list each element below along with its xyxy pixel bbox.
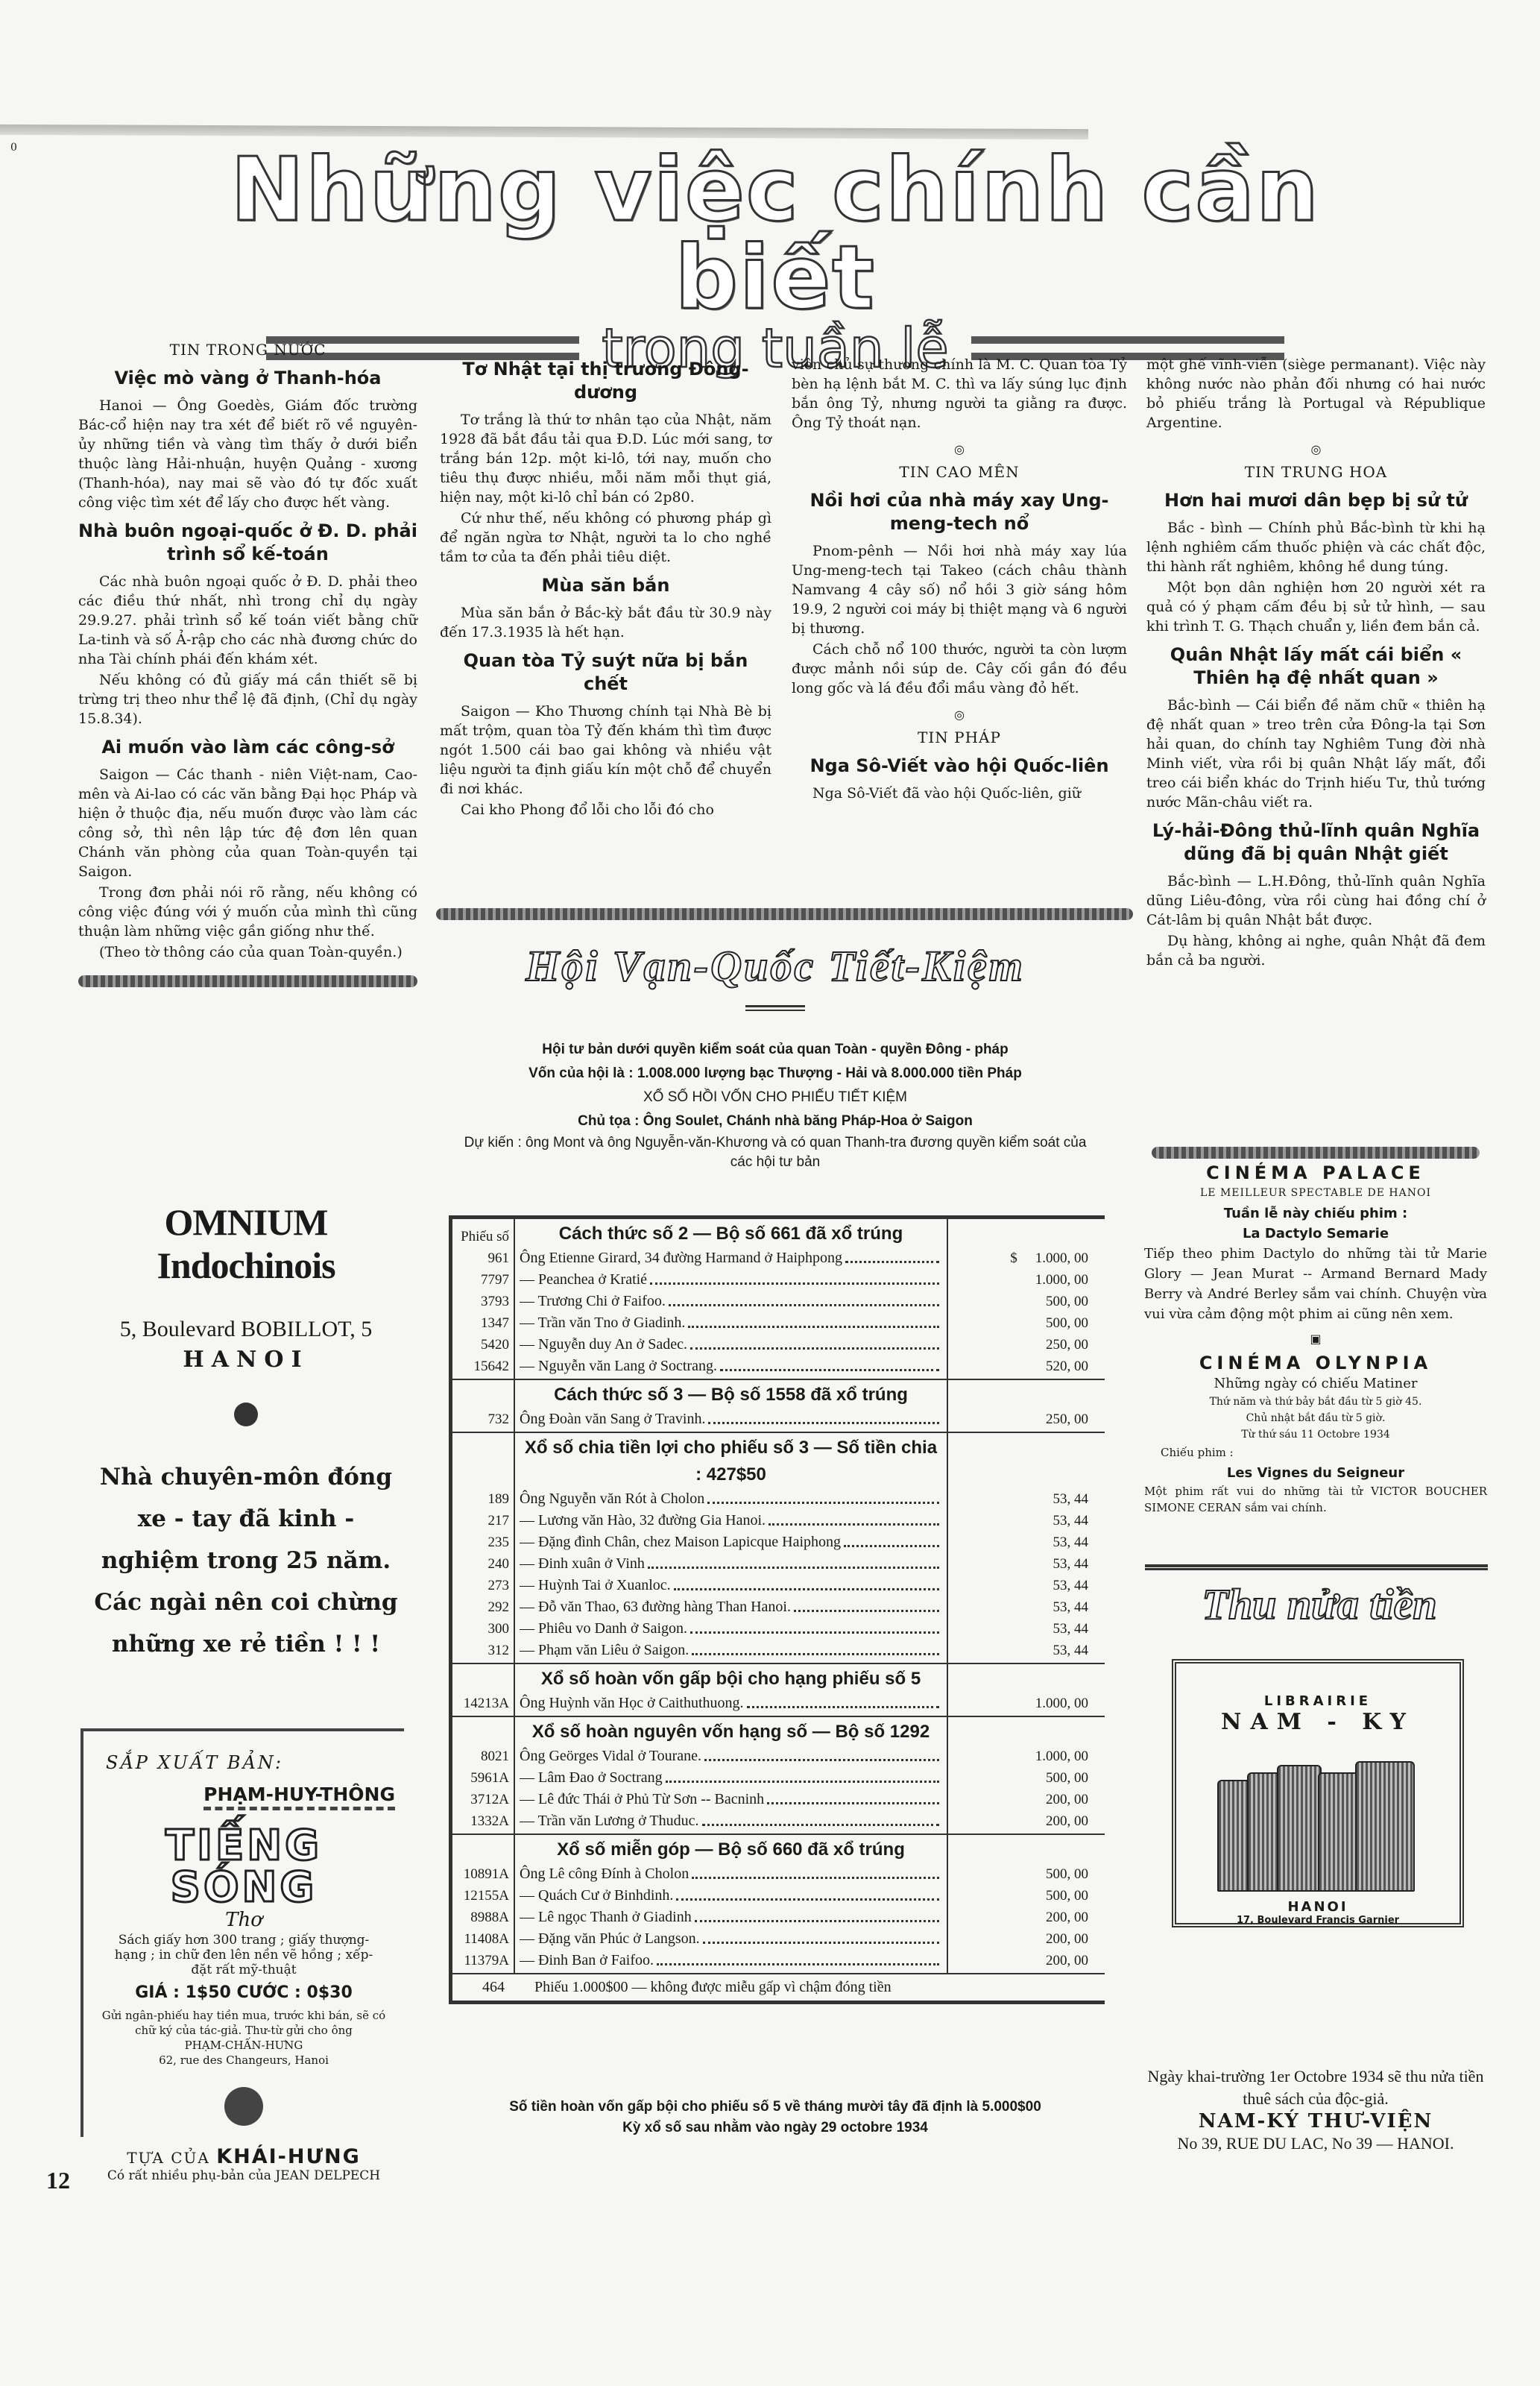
bullet-dot-icon	[224, 2087, 263, 2126]
ticket-number: 217	[457, 1510, 509, 1532]
winner-row: — Đỗ văn Thao, 63 đường hàng Than Hanoi.	[520, 1596, 942, 1618]
article-paragraph: Cách chỗ nổ 100 thước, người ta còn lượm…	[792, 640, 1127, 698]
winner-row: — Lê đức Thái ở Phủ Từ Sơn -- Bacninh	[520, 1789, 942, 1810]
winner-name: — Peanchea ở Kratié	[520, 1269, 647, 1291]
ticket-number: 3793	[457, 1291, 509, 1312]
top-marker: 0	[10, 142, 17, 154]
article-paragraph: Dụ hàng, không ai nghe, quân Nhật đã đem…	[1146, 931, 1486, 970]
article-headline: Việc mò vàng ở Thanh-hóa	[78, 367, 417, 390]
winner-row: — Trần văn Tno ở Giadinh.	[520, 1312, 942, 1334]
leader-dots	[669, 1291, 939, 1306]
winner-name: — Phạm văn Liêu ở Saigon.	[520, 1640, 689, 1661]
winner-row: — Đặng đình Chân, chez Maison Lapicque H…	[520, 1532, 942, 1553]
ticket-number: 464	[482, 1979, 505, 1995]
article-paragraph: Hanoi — Ông Goedès, Giám đốc trường Bác-…	[78, 396, 417, 512]
leader-dots	[769, 1510, 939, 1526]
article-paragraph: Bắc-bình — Cái biển đề năm chữ « thiên h…	[1146, 696, 1486, 812]
library-label: LIBRAIRIE	[1176, 1693, 1459, 1709]
article-headline: Nồi hơi của nhà máy xay Ung-meng-tech nổ	[792, 489, 1127, 535]
leader-dots	[707, 1488, 939, 1504]
article-headline: Nga Sô-Viết vào hội Quốc-liên	[792, 755, 1127, 778]
prize-amount: 53, 44	[953, 1532, 1088, 1553]
lottery-intro-line: Chủ tọa : Ông Soulet, Chánh nhà băng Phá…	[447, 1109, 1103, 1133]
ticket-number: 1347	[457, 1312, 509, 1334]
leader-dots	[845, 1247, 939, 1263]
winner-name: Ông Đoàn văn Sang ở Travinh.	[520, 1408, 705, 1430]
winner-name: — Trương Chi ở Faifoo.	[520, 1291, 666, 1312]
article-paragraph: Nga Sô-Viết đã vào hội Quốc-liên, giữ	[792, 784, 1127, 803]
ticket-number: 312	[457, 1640, 509, 1661]
lottery-section-heading: Xổ số hoàn nguyên vốn hạng số — Bộ số 12…	[520, 1719, 942, 1746]
winner-name: — Lương văn Hào, 32 đường Gia Hanoi.	[520, 1510, 766, 1532]
cinema-ads: CINÉMA PALACE LE MEILLEUR SPECTABLE DE H…	[1144, 1163, 1487, 1516]
leader-dots	[648, 1553, 939, 1569]
ornament-icon: ◎	[792, 705, 1127, 725]
section-kicker: TIN TRUNG HOA	[1146, 462, 1486, 482]
winner-row: — Đặng văn Phúc ở Langson.	[520, 1928, 942, 1950]
article-continuation: một ghế vĩnh-viễn (siège permanant). Việ…	[1146, 355, 1486, 432]
preface-label: TỰA CỦA	[127, 2149, 210, 2167]
leader-dots	[720, 1356, 939, 1371]
ticket-number: 8021	[457, 1746, 509, 1767]
book-order-info: Gửi ngân-phiếu hay tiền mua, trước khi b…	[92, 2008, 395, 2038]
ticket-number: 7797	[457, 1269, 509, 1291]
winner-row: — Huỳnh Tai ở Xuanloc.	[520, 1575, 942, 1596]
omnium-line: Nhà chuyên-môn đóng	[75, 1456, 417, 1498]
lottery-final-row: 464Phiếu 1.000$00 — không được miễu gấp …	[452, 1974, 1105, 2004]
ornament-icon: ▣	[1144, 1329, 1487, 1349]
article-paragraph: Cứ như thế, nếu không có phương pháp gì …	[440, 509, 771, 567]
leader-dots	[676, 1885, 939, 1901]
book-order-name: PHẠM-CHẤN-HƯNG	[92, 2038, 395, 2053]
leader-dots	[657, 1950, 939, 1965]
cinema-olympia-schedule: Từ thứ sáu 11 Octobre 1934	[1144, 1426, 1487, 1443]
spacer	[953, 1719, 1088, 1746]
winner-name: Ông Geörges Vidal ở Tourane.	[520, 1746, 701, 1767]
winner-row: Ông Huỳnh văn Học ở Caithuthuong.	[520, 1693, 942, 1714]
lottery-footer: Số tiền hoàn vốn gấp bội cho phiếu số 5 …	[447, 2097, 1103, 2138]
prize-amount: 1.000, 00	[953, 1746, 1088, 1767]
lottery-intro-line: Dự kiến : ông Mont và ông Nguyễn-văn-Khư…	[447, 1133, 1103, 1172]
coming-soon-label: SẮP XUẤT BẢN:	[106, 1752, 395, 1773]
winner-name: — Lâm Đao ở Soctrang	[520, 1767, 663, 1789]
leader-dots	[767, 1789, 939, 1804]
cinema-palace-name: CINÉMA PALACE	[1144, 1163, 1487, 1183]
library-notice: Ngày khai-trường 1er Octobre 1934 sẽ thu…	[1144, 2065, 1487, 2155]
spacer	[457, 1666, 509, 1693]
final-row-text: Phiếu 1.000$00 — không được miễu gấp vì …	[534, 1979, 892, 1995]
lottery-section-heading: Xổ số hoàn vốn gấp bội cho hạng phiếu số…	[520, 1666, 942, 1693]
wavy-divider	[78, 975, 417, 987]
article-paragraph: Pnom-pênh — Nồi hơi nhà máy xay lúa Ung-…	[792, 541, 1127, 638]
winner-name: Ông Nguyễn văn Rót à Cholon	[520, 1488, 704, 1510]
article-paragraph: Các nhà buôn ngoại quốc ở Đ. D. phải the…	[78, 572, 417, 669]
winner-name: — Trần văn Lương ở Thuduc.	[520, 1810, 699, 1832]
winner-name: — Quách Cư ở Binhdinh.	[520, 1885, 673, 1907]
leader-dots	[666, 1767, 939, 1783]
prize-amount: 500, 00	[953, 1863, 1088, 1885]
prize-amount: 200, 00	[953, 1810, 1088, 1832]
library-ad-box: LIBRAIRIE NAM - KY HANOI 17, Boulevard F…	[1172, 1659, 1464, 1927]
leader-dots	[747, 1693, 939, 1708]
article-paragraph: Mùa săn bắn ở Bắc-kỳ bắt đầu từ 30.9 này…	[440, 603, 771, 642]
prize-amount: 1.000, 00	[953, 1269, 1088, 1291]
prize-amount: 1.000, 00	[953, 1693, 1088, 1714]
book-description: Sách giấy hơn 300 trang ; giấy thượng-hạ…	[113, 1933, 374, 1977]
article-headline: Quân Nhật lấy mất cái biển « Thiên hạ đệ…	[1146, 643, 1486, 690]
library-brand: NAM-KÝ THƯ-VIỆN	[1144, 2110, 1487, 2132]
cinema-olympia-film: Les Vignes du Seigneur	[1144, 1463, 1487, 1483]
cinema-olympia-schedule: Chủ nhật bắt đầu từ 5 giờ.	[1144, 1410, 1487, 1426]
prize-amount: 200, 00	[953, 1950, 1088, 1971]
prize-amount: 500, 00	[953, 1312, 1088, 1334]
winner-row: — Đinh xuân ở Vinh	[520, 1553, 942, 1575]
article-headline: Tơ Nhật tại thị trường Đông-dương	[440, 358, 771, 404]
ticket-number: 12155A	[457, 1885, 509, 1907]
library-headline: Thu nửa tiền	[1148, 1579, 1491, 1629]
spacer	[953, 1221, 1088, 1247]
omnium-line: những xe rẻ tiền ! ! !	[75, 1623, 417, 1665]
leader-dots	[703, 1928, 939, 1944]
lottery-footer-line: Số tiền hoàn vốn gấp bội cho phiếu số 5 …	[447, 2097, 1103, 2118]
winner-name: — Nguyễn duy An ở Sadec.	[520, 1334, 687, 1356]
lottery-intro-line: Vốn của hội là : 1.008.000 lượng bạc Thư…	[447, 1062, 1103, 1086]
library-notice-text: Ngày khai-trường 1er Octobre 1934 sẽ thu…	[1144, 2065, 1487, 2110]
prize-amount: 250, 00	[953, 1334, 1088, 1356]
double-rule	[1145, 1564, 1488, 1570]
leader-dots	[702, 1810, 939, 1826]
prize-amount: 250, 00	[953, 1408, 1088, 1430]
cinema-olympia-schedule: Thứ năm và thứ bảy bắt đầu từ 5 giờ 45.	[1144, 1394, 1487, 1410]
library-name: NAM - KY	[1176, 1709, 1459, 1735]
lottery-title: Hội Vạn-Quốc Tiết-Kiệm	[447, 941, 1103, 991]
article-headline: Quan tòa Tỷ suýt nữa bị bắn chết	[440, 649, 771, 696]
prize-amount: 200, 00	[953, 1907, 1088, 1928]
prize-amount: 500, 00	[953, 1767, 1088, 1789]
article-paragraph: (Theo tờ thông cáo của quan Toàn-quyền.)	[78, 942, 417, 962]
cinema-palace-description: Tiếp theo phim Dactylo do những tài tử M…	[1144, 1244, 1487, 1324]
ticket-number: 10891A	[457, 1863, 509, 1885]
lottery-intro-line: XỔ SỐ HỒI VỐN CHO PHIẾU TIẾT KIỆM	[447, 1086, 1103, 1109]
book-author: PHẠM-HUY-THÔNG	[203, 1784, 395, 1810]
winner-row: — Lê ngọc Thanh ở Giadinh	[520, 1907, 942, 1928]
article-paragraph: Cai kho Phong đổ lỗi cho lỗi đó cho	[440, 800, 771, 819]
leader-dots	[692, 1863, 939, 1879]
leader-dots	[695, 1907, 939, 1922]
prize-amount: 500, 00	[953, 1291, 1088, 1312]
lottery-section: 14213AXổ số hoàn vốn gấp bội cho hạng ph…	[452, 1664, 1105, 1717]
prize-amount: 53, 44	[953, 1640, 1088, 1661]
prize-amount: 520, 00	[953, 1356, 1088, 1377]
article-headline: Mùa săn bắn	[440, 574, 771, 597]
leader-dots	[708, 1408, 939, 1424]
ticket-number: 5961A	[457, 1767, 509, 1789]
prize-amount: 500, 00	[953, 1885, 1088, 1907]
winner-row: — Peanchea ở Kratié	[520, 1269, 942, 1291]
prize-amount: 53, 44	[953, 1488, 1088, 1510]
spacer	[457, 1382, 509, 1408]
prize-amount: 53, 44	[953, 1510, 1088, 1532]
lottery-footer-line: Kỳ xổ số sau nhằm vào ngày 29 octobre 19…	[447, 2118, 1103, 2138]
book-title: TIẾNG SÓNG	[92, 1810, 395, 1909]
library-address: 17, Boulevard Francis Garnier	[1176, 1915, 1459, 1926]
lottery-section: 189217235240273292300312Xổ số chia tiền …	[452, 1433, 1105, 1664]
prize-amount: $1.000, 00	[953, 1247, 1088, 1269]
article-paragraph: Trong đơn phải nói rõ rằng, nếu không có…	[78, 883, 417, 941]
lottery-intro: Hội tư bản dưới quyền kiểm soát của quan…	[447, 1038, 1103, 1172]
lottery-intro-line: Hội tư bản dưới quyền kiểm soát của quan…	[447, 1038, 1103, 1062]
omnium-line: nghiệm trong 25 năm.	[75, 1540, 417, 1581]
leader-dots	[794, 1596, 939, 1612]
currency-symbol: $	[1010, 1250, 1017, 1266]
article-continuation: viên chủ sự thương chính là M. C. Quan t…	[792, 355, 1127, 432]
spacer	[953, 1435, 1088, 1488]
section-kicker: TIN PHÁP	[792, 728, 1127, 747]
winner-name: — Trần văn Tno ở Giadinh.	[520, 1312, 685, 1334]
column-domestic-news: TIN TRONG NƯỚC Việc mò vàng ở Thanh-hóa …	[78, 337, 417, 987]
ticket-number: 273	[457, 1575, 509, 1596]
article-headline: Ai muốn vào làm các công-sở	[78, 736, 417, 759]
spacer	[953, 1836, 1088, 1863]
article-paragraph: Bắc - bình — Chính phủ Bắc-bình từ khi h…	[1146, 518, 1486, 576]
ticket-number: 240	[457, 1553, 509, 1575]
cinema-olympia-intro: Những ngày có chiếu Matiner	[1144, 1373, 1487, 1394]
page-title: Những việc chính cần biết	[164, 145, 1386, 321]
leader-dots	[688, 1312, 939, 1328]
book-order-address: 62, rue des Changeurs, Hanoi	[92, 2053, 395, 2068]
leader-dots	[692, 1640, 939, 1655]
bullet-dot-icon	[234, 1403, 258, 1426]
ticket-number: 5420	[457, 1334, 509, 1356]
ticket-number: 15642	[457, 1356, 509, 1377]
article-headline: Hơn hai mươi dân bẹp bị sử tử	[1146, 489, 1486, 512]
winner-name: — Huỳnh Tai ở Xuanloc.	[520, 1575, 671, 1596]
column-2-news: Tơ Nhật tại thị trường Đông-dương Tơ trắ…	[440, 350, 771, 821]
winner-row: — Lương văn Hào, 32 đường Gia Hanoi.	[520, 1510, 942, 1532]
leader-dots	[650, 1269, 939, 1285]
article-paragraph: Bắc-bình — L.H.Đông, thủ-lĩnh quân Nghĩa…	[1146, 872, 1486, 930]
book-genre: Thơ	[92, 1909, 395, 1931]
ticket-number: 14213A	[457, 1693, 509, 1714]
spacer	[457, 1719, 509, 1746]
column-4-news: một ghế vĩnh-viễn (siège permanant). Việ…	[1146, 355, 1486, 972]
lottery-section-heading: Xổ số miễn góp — Bộ số 660 đã xổ trúng	[520, 1836, 942, 1863]
omnium-line: xe - tay đã kinh -	[75, 1498, 417, 1540]
winner-name: Ông Lê công Đính à Cholon	[520, 1863, 689, 1885]
omnium-line: Các ngài nên coi chừng	[75, 1581, 417, 1623]
cinema-olympia-showing-label: Chiếu phim :	[1144, 1443, 1487, 1463]
article-paragraph: Nếu không có đủ giấy má cần thiết sẽ bị …	[78, 670, 417, 728]
winner-row: — Trương Chi ở Faifoo.	[520, 1291, 942, 1312]
lottery-title-rule	[745, 1005, 805, 1011]
article-paragraph: Saigon — Các thanh - niên Việt-nam, Cao-…	[78, 765, 417, 881]
winner-row: — Phiêu vo Danh ở Saigon.	[520, 1618, 942, 1640]
ticket-number: 11408A	[457, 1928, 509, 1950]
lottery-section-heading: Xổ số chia tiền lợi cho phiếu số 3 — Số …	[520, 1435, 942, 1488]
lottery-section: 732Cách thức số 3 — Bộ số 1558 đã xổ trú…	[452, 1380, 1105, 1433]
winner-row: Ông Geörges Vidal ở Tourane.	[520, 1746, 942, 1767]
winner-row: — Lâm Đao ở Soctrang	[520, 1767, 942, 1789]
winner-name: — Đinh xuân ở Vinh	[520, 1553, 645, 1575]
winner-row: — Đinh Ban ở Faifoo.	[520, 1950, 942, 1971]
winner-name: — Lê ngọc Thanh ở Giadinh	[520, 1907, 692, 1928]
wavy-divider	[1152, 1147, 1480, 1159]
winner-name: Ông Huỳnh văn Học ở Caithuthuong.	[520, 1693, 744, 1714]
article-headline: Nhà buôn ngoại-quốc ở Đ. D. phải trình s…	[78, 520, 417, 566]
article-paragraph: Tơ trắng là thứ tơ nhân tạo của Nhật, nă…	[440, 410, 771, 507]
ticket-number: 1332A	[457, 1810, 509, 1832]
leader-dots	[690, 1334, 939, 1350]
prize-amount: 53, 44	[953, 1553, 1088, 1575]
winner-name: — Đinh Ban ở Faifoo.	[520, 1950, 654, 1971]
winner-row: Ông Nguyễn văn Rót à Cholon	[520, 1488, 942, 1510]
cinema-palace-intro: Tuần lễ này chiếu phim :	[1144, 1203, 1487, 1224]
leader-dots	[704, 1746, 939, 1761]
library-brand-address: No 39, RUE DU LAC, No 39 — HANOI.	[1144, 2132, 1487, 2155]
prize-amount: 53, 44	[953, 1618, 1088, 1640]
winner-row: Ông Đoàn văn Sang ở Travinh.	[520, 1408, 942, 1430]
ticket-number: 3712A	[457, 1789, 509, 1810]
winner-row: — Nguyễn văn Lang ở Soctrang.	[520, 1356, 942, 1377]
ticket-number: 961	[457, 1247, 509, 1269]
lottery-section-heading: Cách thức số 2 — Bộ số 661 đã xổ trúng	[520, 1221, 942, 1247]
ticket-number: 8988A	[457, 1907, 509, 1928]
section-kicker: TIN CAO MÊN	[792, 462, 1127, 482]
spacer	[457, 1836, 509, 1863]
cinema-palace-tagline: LE MEILLEUR SPECTABLE DE HANOI	[1144, 1183, 1487, 1203]
omnium-address: 5, Boulevard BOBILLOT, 5	[75, 1317, 417, 1342]
lottery-section: 10891A12155A8988A11408A11379AXổ số miễn …	[452, 1835, 1105, 1974]
winner-name: — Đỗ văn Thao, 63 đường hàng Than Hanoi.	[520, 1596, 791, 1618]
winner-name: — Lê đức Thái ở Phủ Từ Sơn -- Bacninh	[520, 1789, 764, 1810]
ticket-number: 300	[457, 1618, 509, 1640]
prize-amount: 53, 44	[953, 1596, 1088, 1618]
ticket-number: 235	[457, 1532, 509, 1553]
ticket-column-header: Phiếu số	[457, 1221, 509, 1247]
winner-row: — Quách Cư ở Binhdinh.	[520, 1885, 942, 1907]
cinema-olympia-description: Một phim rất vui do những tài tử VICTOR …	[1144, 1483, 1487, 1516]
section-kicker: TIN TRONG NƯỚC	[78, 340, 417, 359]
omnium-city: HANOI	[75, 1347, 417, 1373]
spacer	[953, 1382, 1088, 1408]
ticket-number: 292	[457, 1596, 509, 1618]
spacer	[457, 1435, 509, 1488]
leader-dots	[674, 1575, 939, 1590]
winner-name: — Đặng văn Phúc ở Langson.	[520, 1928, 700, 1950]
lottery-section-heading: Cách thức số 3 — Bộ số 1558 đã xổ trúng	[520, 1382, 942, 1408]
lottery-section: 80215961A3712A1332AXổ số hoàn nguyên vốn…	[452, 1717, 1105, 1835]
book-plates: Có rất nhiều phụ-bản của JEAN DELPECH	[92, 2168, 395, 2183]
winner-name: — Đặng đình Chân, chez Maison Lapicque H…	[520, 1532, 841, 1553]
article-headline: Lý-hải-Đông thủ-lĩnh quân Nghĩa dũng đã …	[1146, 819, 1486, 866]
winner-row: Ông Etienne Girard, 34 đường Harmand ở H…	[520, 1247, 942, 1269]
spacer	[953, 1666, 1088, 1693]
omnium-ad: OMNIUM Indochinois 5, Boulevard BOBILLOT…	[75, 1200, 417, 1665]
winner-row: Ông Lê công Đính à Cholon	[520, 1863, 942, 1885]
winner-row: — Nguyễn duy An ở Sadec.	[520, 1334, 942, 1356]
prize-amount-value: 1.000, 00	[1035, 1250, 1088, 1266]
winner-name: — Nguyễn văn Lang ở Soctrang.	[520, 1356, 717, 1377]
omnium-title: OMNIUM Indochinois	[75, 1200, 417, 1287]
library-city: HANOI	[1176, 1899, 1459, 1915]
column-3-news: viên chủ sự thương chính là M. C. Quan t…	[792, 355, 1127, 805]
winner-name: — Phiêu vo Danh ở Saigon.	[520, 1618, 687, 1640]
prize-amount: 200, 00	[953, 1928, 1088, 1950]
leader-dots	[844, 1532, 939, 1547]
ticket-number: 11379A	[457, 1950, 509, 1971]
ornament-icon: ◎	[792, 440, 1127, 459]
prize-amount: 53, 44	[953, 1575, 1088, 1596]
page-number: 12	[46, 2167, 70, 2194]
lottery-results-table: Phiếu số961779737931347542015642Cách thứ…	[449, 1215, 1105, 2004]
wavy-divider	[436, 908, 1133, 920]
ornament-icon: ◎	[1146, 440, 1486, 459]
prize-amount: 200, 00	[953, 1789, 1088, 1810]
cinema-olympia-name: CINÉMA OLYNPIA	[1144, 1353, 1487, 1373]
lottery-section: Phiếu số961779737931347542015642Cách thứ…	[452, 1219, 1105, 1380]
cinema-palace-film: La Dactylo Semarie	[1144, 1224, 1487, 1244]
article-paragraph: Một bọn dân nghiện hơn 20 người xét ra q…	[1146, 578, 1486, 636]
winner-row: — Trần văn Lương ở Thuduc.	[520, 1810, 942, 1832]
leader-dots	[690, 1618, 939, 1634]
winner-row: — Phạm văn Liêu ở Saigon.	[520, 1640, 942, 1661]
ticket-number: 732	[457, 1408, 509, 1430]
book-price: GIÁ : 1$50 CƯỚC : 0$30	[92, 1983, 395, 2002]
preface-author: KHÁI-HƯNG	[216, 2145, 361, 2168]
winner-name: Ông Etienne Girard, 34 đường Harmand ở H…	[520, 1247, 842, 1269]
books-illustration-icon	[1217, 1750, 1418, 1892]
article-paragraph: Saigon — Kho Thương chính tại Nhà Bè bị …	[440, 702, 771, 799]
book-ad-tieng-song: SẮP XUẤT BẢN: PHẠM-HUY-THÔNG TIẾNG SÓNG …	[81, 1728, 404, 2137]
ticket-number: 189	[457, 1488, 509, 1510]
